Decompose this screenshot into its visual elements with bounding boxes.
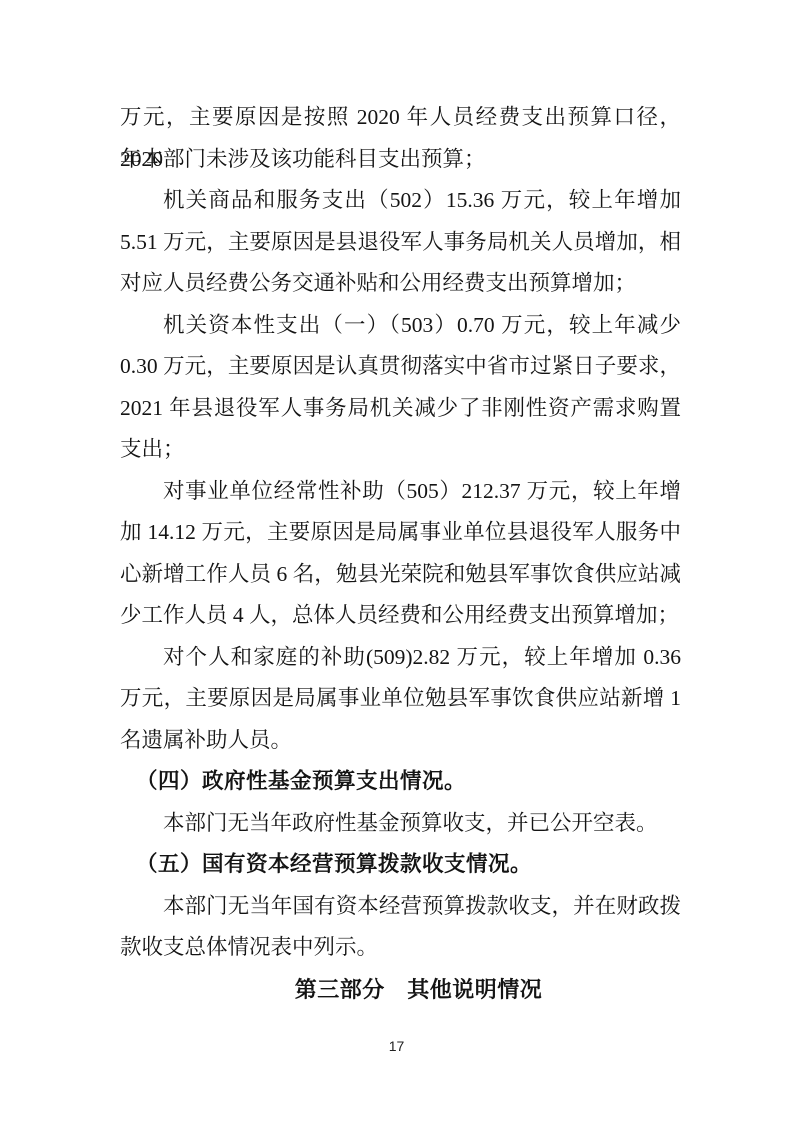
body-line: 机关资本性支出（一）（503）0.70 万元，较上年减少 xyxy=(120,305,681,347)
body-line: 万元，主要原因是按照 2020 年人员经费支出预算口径，2020 xyxy=(120,97,681,139)
body-line: 5.51 万元，主要原因是县退役军人事务局机关人员增加，相 xyxy=(120,222,681,264)
heading-part-3: 第三部分 其他说明情况 xyxy=(120,969,681,1011)
body-line: 支出； xyxy=(120,429,681,471)
body-line: 本部门无当年国有资本经营预算拨款收支，并在财政拨 xyxy=(120,886,681,928)
body-line: 名遗属补助人员。 xyxy=(120,720,681,762)
body-line: 对个人和家庭的补助(509)2.82 万元，较上年增加 0.36 xyxy=(120,637,681,679)
body-line: 万元，主要原因是局属事业单位勉县军事饮食供应站新增 1 xyxy=(120,678,681,720)
page-body: 万元，主要原因是按照 2020 年人员经费支出预算口径，2020 年本部门未涉及… xyxy=(120,97,681,1010)
body-line: 本部门无当年政府性基金预算收支，并已公开空表。 xyxy=(120,803,681,845)
body-line: 少工作人员 4 人，总体人员经费和公用经费支出预算增加； xyxy=(120,595,681,637)
body-line: 心新增工作人员 6 名，勉县光荣院和勉县军事饮食供应站减 xyxy=(120,554,681,596)
page-number: 17 xyxy=(0,1038,793,1054)
body-line: 款收支总体情况表中列示。 xyxy=(120,927,681,969)
body-line: 加 14.12 万元，主要原因是局属事业单位县退役军人服务中 xyxy=(120,512,681,554)
body-line: 对应人员经费公务交通补贴和公用经费支出预算增加； xyxy=(120,263,681,305)
body-line: 对事业单位经常性补助（505）212.37 万元，较上年增 xyxy=(120,471,681,513)
heading-section-4: （四）政府性基金预算支出情况。 xyxy=(120,761,681,803)
document-page: 万元，主要原因是按照 2020 年人员经费支出预算口径，2020 年本部门未涉及… xyxy=(0,0,793,1122)
body-line: 年本部门未涉及该功能科目支出预算； xyxy=(120,139,681,181)
body-line: 0.30 万元，主要原因是认真贯彻落实中省市过紧日子要求， xyxy=(120,346,681,388)
body-line: 2021 年县退役军人事务局机关减少了非刚性资产需求购置 xyxy=(120,388,681,430)
body-line: 机关商品和服务支出（502）15.36 万元，较上年增加 xyxy=(120,180,681,222)
heading-section-5: （五）国有资本经营预算拨款收支情况。 xyxy=(120,844,681,886)
